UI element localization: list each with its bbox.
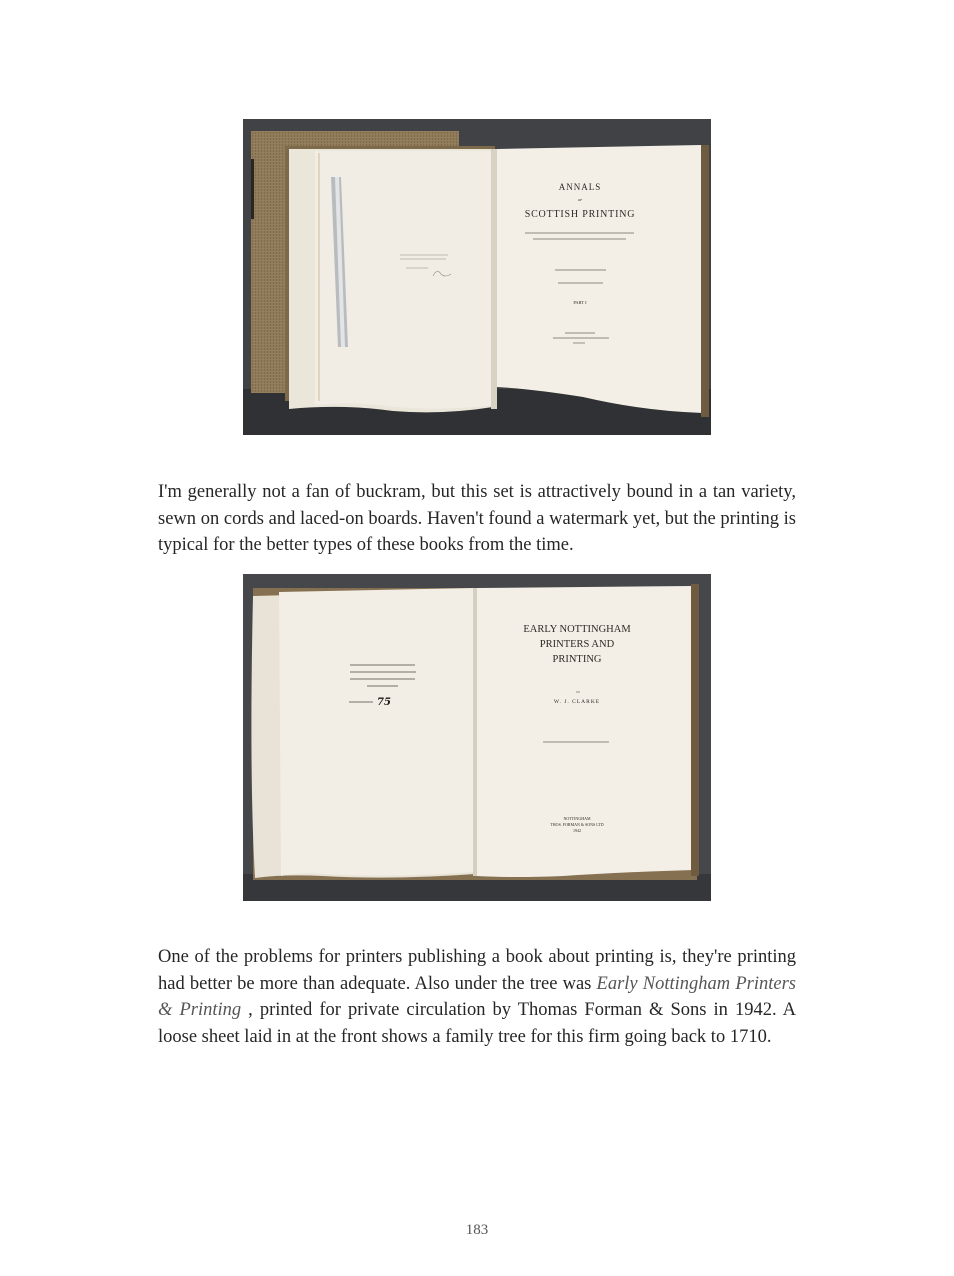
paragraph-early-nottingham: One of the problems for printers publish…	[158, 944, 796, 1050]
svg-text:NOTTINGHAM: NOTTINGHAM	[563, 816, 591, 821]
document-page: ANNALS OF SCOTTISH PRINTING PART I	[0, 0, 954, 1276]
paragraph-buckram-binding: I'm generally not a fan of buckram, but …	[158, 479, 796, 559]
svg-text:1942: 1942	[573, 828, 581, 833]
photo-early-nottingham-printers: 75 EARLY NOTTINGHAM PRINTERS AND PRINTIN…	[243, 574, 711, 901]
book1-title-annals: ANNALS	[559, 182, 602, 192]
copy-number: 75	[377, 697, 391, 708]
book-photo-1-illustration: ANNALS OF SCOTTISH PRINTING PART I	[243, 119, 711, 435]
book1-title-scottish-printing: SCOTTISH PRINTING	[525, 209, 636, 220]
book2-title-line-2: PRINTERS AND	[540, 639, 615, 650]
book2-author: W. J. CLARKE	[554, 699, 600, 705]
book-photo-2-illustration: 75 EARLY NOTTINGHAM PRINTERS AND PRINTIN…	[243, 574, 711, 901]
photo-annals-of-scottish-printing: ANNALS OF SCOTTISH PRINTING PART I	[243, 119, 711, 435]
page-number: 183	[0, 1222, 954, 1239]
book2-title-line-1: EARLY NOTTINGHAM	[523, 624, 631, 635]
svg-text:THOS. FORMAN & SONS LTD: THOS. FORMAN & SONS LTD	[550, 822, 603, 827]
svg-text:OF: OF	[578, 198, 583, 202]
book2-title-line-3: PRINTING	[553, 654, 602, 665]
book1-volume: PART I	[573, 300, 587, 305]
